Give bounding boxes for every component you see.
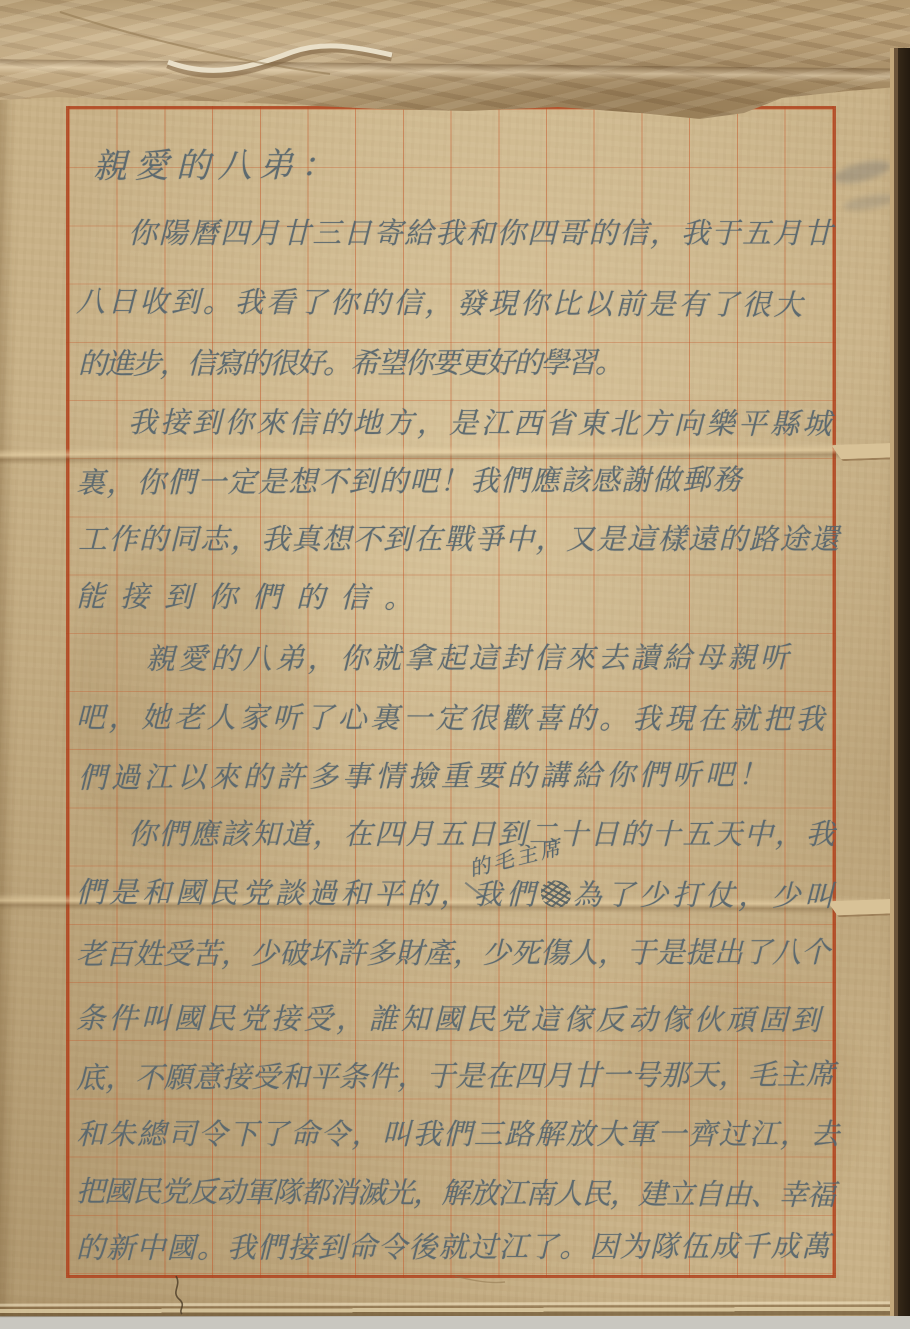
letter-line-segment: 為了少打仗，少叫 bbox=[573, 878, 838, 913]
letter-line: 的進步，信寫的很好。希望你要更好的學習。 bbox=[78, 340, 622, 382]
scribbled-out-character bbox=[541, 880, 572, 908]
letter-line: 能接到你們的信。 bbox=[76, 574, 428, 617]
salutation-line: 親愛的八弟： bbox=[93, 137, 342, 187]
letter-line-segment: 們是和國民党談過和平的，我們 bbox=[76, 875, 540, 911]
letter-photo: 的毛主席 親愛的八弟：你陽曆四月廿三日寄給我和你四哥的信，我于五月廿八日收到。我… bbox=[0, 0, 910, 1329]
letter-line: 我接到你來信的地方，是江西省東北方向樂平縣城 bbox=[128, 400, 834, 443]
letter-line: 条件叫國民党接受，誰知國民党這傢反动傢伙頑固到 bbox=[76, 996, 824, 1039]
letter-line: 親愛的八弟，你就拿起這封信來去讀給母親听 bbox=[146, 635, 792, 678]
letter-line: 裏，你們一定是想不到的吧！我們應該感謝做郵務 bbox=[76, 457, 743, 501]
letter-line: 把國民党反动軍隊都消滅光，解放江南人民，建立自由、幸福 bbox=[76, 1169, 835, 1214]
letter-line: 你們應該知道，在四月五日到二十日的十五天中，我 bbox=[128, 812, 836, 853]
letter-line: 和朱總司令下了命令，叫我們三路解放大軍一齊过江，去 bbox=[76, 1112, 841, 1153]
letter-line: 的新中國。我們接到命令後就过江了。因为隊伍成千成萬 bbox=[76, 1224, 831, 1267]
letter-line: 老百姓受苦，少破坏許多財產，少死傷人，于是提出了八个 bbox=[76, 930, 830, 973]
letter-line: 吧，她老人家听了心裏一定很歡喜的。我現在就把我 bbox=[76, 695, 828, 738]
handwriting-layer: 的毛主席 親愛的八弟：你陽曆四月廿三日寄給我和你四哥的信，我于五月廿八日收到。我… bbox=[0, 0, 910, 1329]
letter-line: 們是和國民党談過和平的，我們為了少打仗，少叫 bbox=[76, 870, 838, 915]
letter-line: 們過江以來的許多事情撿重要的講給你們听吧！ bbox=[78, 752, 771, 796]
scan-right-edge bbox=[890, 48, 910, 1316]
letter-line: 八日收到。我看了你的信，發現你比以前是有了很大 bbox=[76, 279, 805, 324]
kraft-fold-line bbox=[0, 59, 910, 83]
letter-line: 你陽曆四月廿三日寄給我和你四哥的信，我于五月廿 bbox=[128, 211, 834, 252]
letter-line: 底，不願意接受和平条件，于是在四月廿一号那天，毛主席 bbox=[76, 1052, 835, 1097]
letter-line: 工作的同志，我真想不到在戰爭中，又是這樣遠的路途還 bbox=[78, 517, 841, 558]
